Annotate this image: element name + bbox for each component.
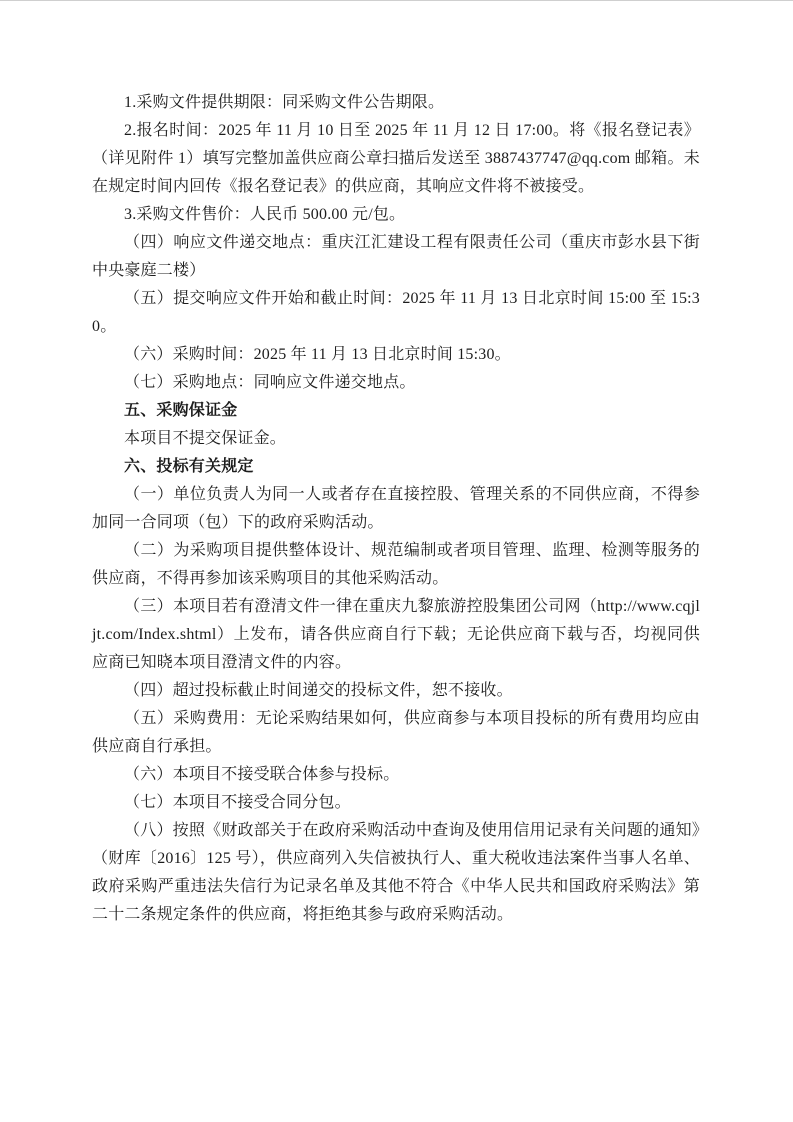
clause-registration-time: 2.报名时间：2025 年 11 月 10 日至 2025 年 11 月 12 … [92, 117, 700, 201]
clause-doc-provide-period: 1.采购文件提供期限：同采购文件公告期限。 [92, 89, 700, 117]
bid-rule-2: （二）为采购项目提供整体设计、规范编制或者项目管理、监理、检测等服务的供应商，不… [92, 537, 700, 593]
clause-procurement-time: （六）采购时间：2025 年 11 月 13 日北京时间 15:30。 [92, 341, 700, 369]
bid-rule-1: （一）单位负责人为同一人或者存在直接控股、管理关系的不同供应商，不得参加同一合同… [92, 481, 700, 537]
document-body: 1.采购文件提供期限：同采购文件公告期限。 2.报名时间：2025 年 11 月… [92, 89, 700, 929]
bid-rule-3-clarification: （三）本项目若有澄清文件一律在重庆九黎旅游控股集团公司网（http://www.… [92, 593, 700, 677]
clause-no-deposit: 本项目不提交保证金。 [92, 425, 700, 453]
bid-rule-5-costs: （五）采购费用：无论采购结果如何，供应商参与本项目投标的所有费用均应由供应商自行… [92, 705, 700, 761]
clause-response-submission-time: （五）提交响应文件开始和截止时间：2025 年 11 月 13 日北京时间 15… [92, 285, 700, 341]
clause-doc-price: 3.采购文件售价：人民币 500.00 元/包。 [92, 201, 700, 229]
section-heading-deposit: 五、采购保证金 [92, 397, 700, 425]
bid-rule-6-no-consortium: （六）本项目不接受联合体参与投标。 [92, 761, 700, 789]
bid-rule-4-late-submission: （四）超过投标截止时间递交的投标文件，恕不接收。 [92, 677, 700, 705]
document-page: 1.采购文件提供期限：同采购文件公告期限。 2.报名时间：2025 年 11 月… [0, 0, 793, 1122]
bid-rule-7-no-subcontract: （七）本项目不接受合同分包。 [92, 789, 700, 817]
clause-procurement-place: （七）采购地点：同响应文件递交地点。 [92, 369, 700, 397]
section-heading-bid-rules: 六、投标有关规定 [92, 453, 700, 481]
bid-rule-8-credit-records: （八）按照《财政部关于在政府采购活动中查询及使用信用记录有关问题的通知》（财库〔… [92, 817, 700, 929]
clause-response-delivery-place: （四）响应文件递交地点：重庆江汇建设工程有限责任公司（重庆市彭水县下街中央豪庭二… [92, 229, 700, 285]
